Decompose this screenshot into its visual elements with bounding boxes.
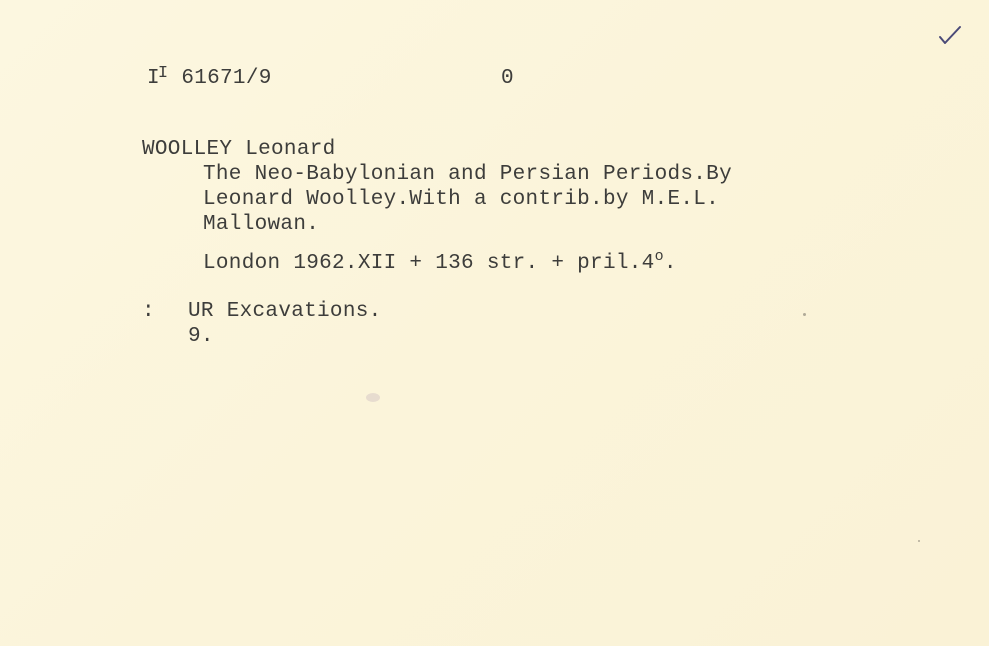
paper-stain <box>366 393 380 402</box>
call-number-value: 61671/9 <box>168 67 271 90</box>
imprint-end: . <box>664 252 677 275</box>
paper-speck <box>918 540 920 542</box>
author-heading: WOOLLEY Leonard <box>142 138 336 161</box>
checkmark-icon <box>938 24 962 46</box>
imprint-text: London 1962.XII + 136 str. + pril.4 <box>203 252 655 275</box>
imprint-degree: o <box>655 248 664 265</box>
call-number: II 61671/9 <box>147 67 272 90</box>
series-title: UR Excavations. <box>188 300 382 323</box>
paper-speck <box>803 313 806 316</box>
copy-mark: 0 <box>501 67 514 90</box>
call-number-prefix-raised: I <box>158 64 169 83</box>
series-number: 9. <box>188 325 214 348</box>
title-line-3: Mallowan. <box>203 213 319 236</box>
title-line-2: Leonard Woolley.With a contrib.by M.E.L. <box>203 188 719 211</box>
imprint: London 1962.XII + 136 str. + pril.4o. <box>203 252 677 275</box>
series-colon: : <box>142 300 155 323</box>
catalog-card: II 61671/9 0 WOOLLEY Leonard The Neo-Bab… <box>0 0 989 646</box>
title-line-1: The Neo-Babylonian and Persian Periods.B… <box>203 163 732 186</box>
